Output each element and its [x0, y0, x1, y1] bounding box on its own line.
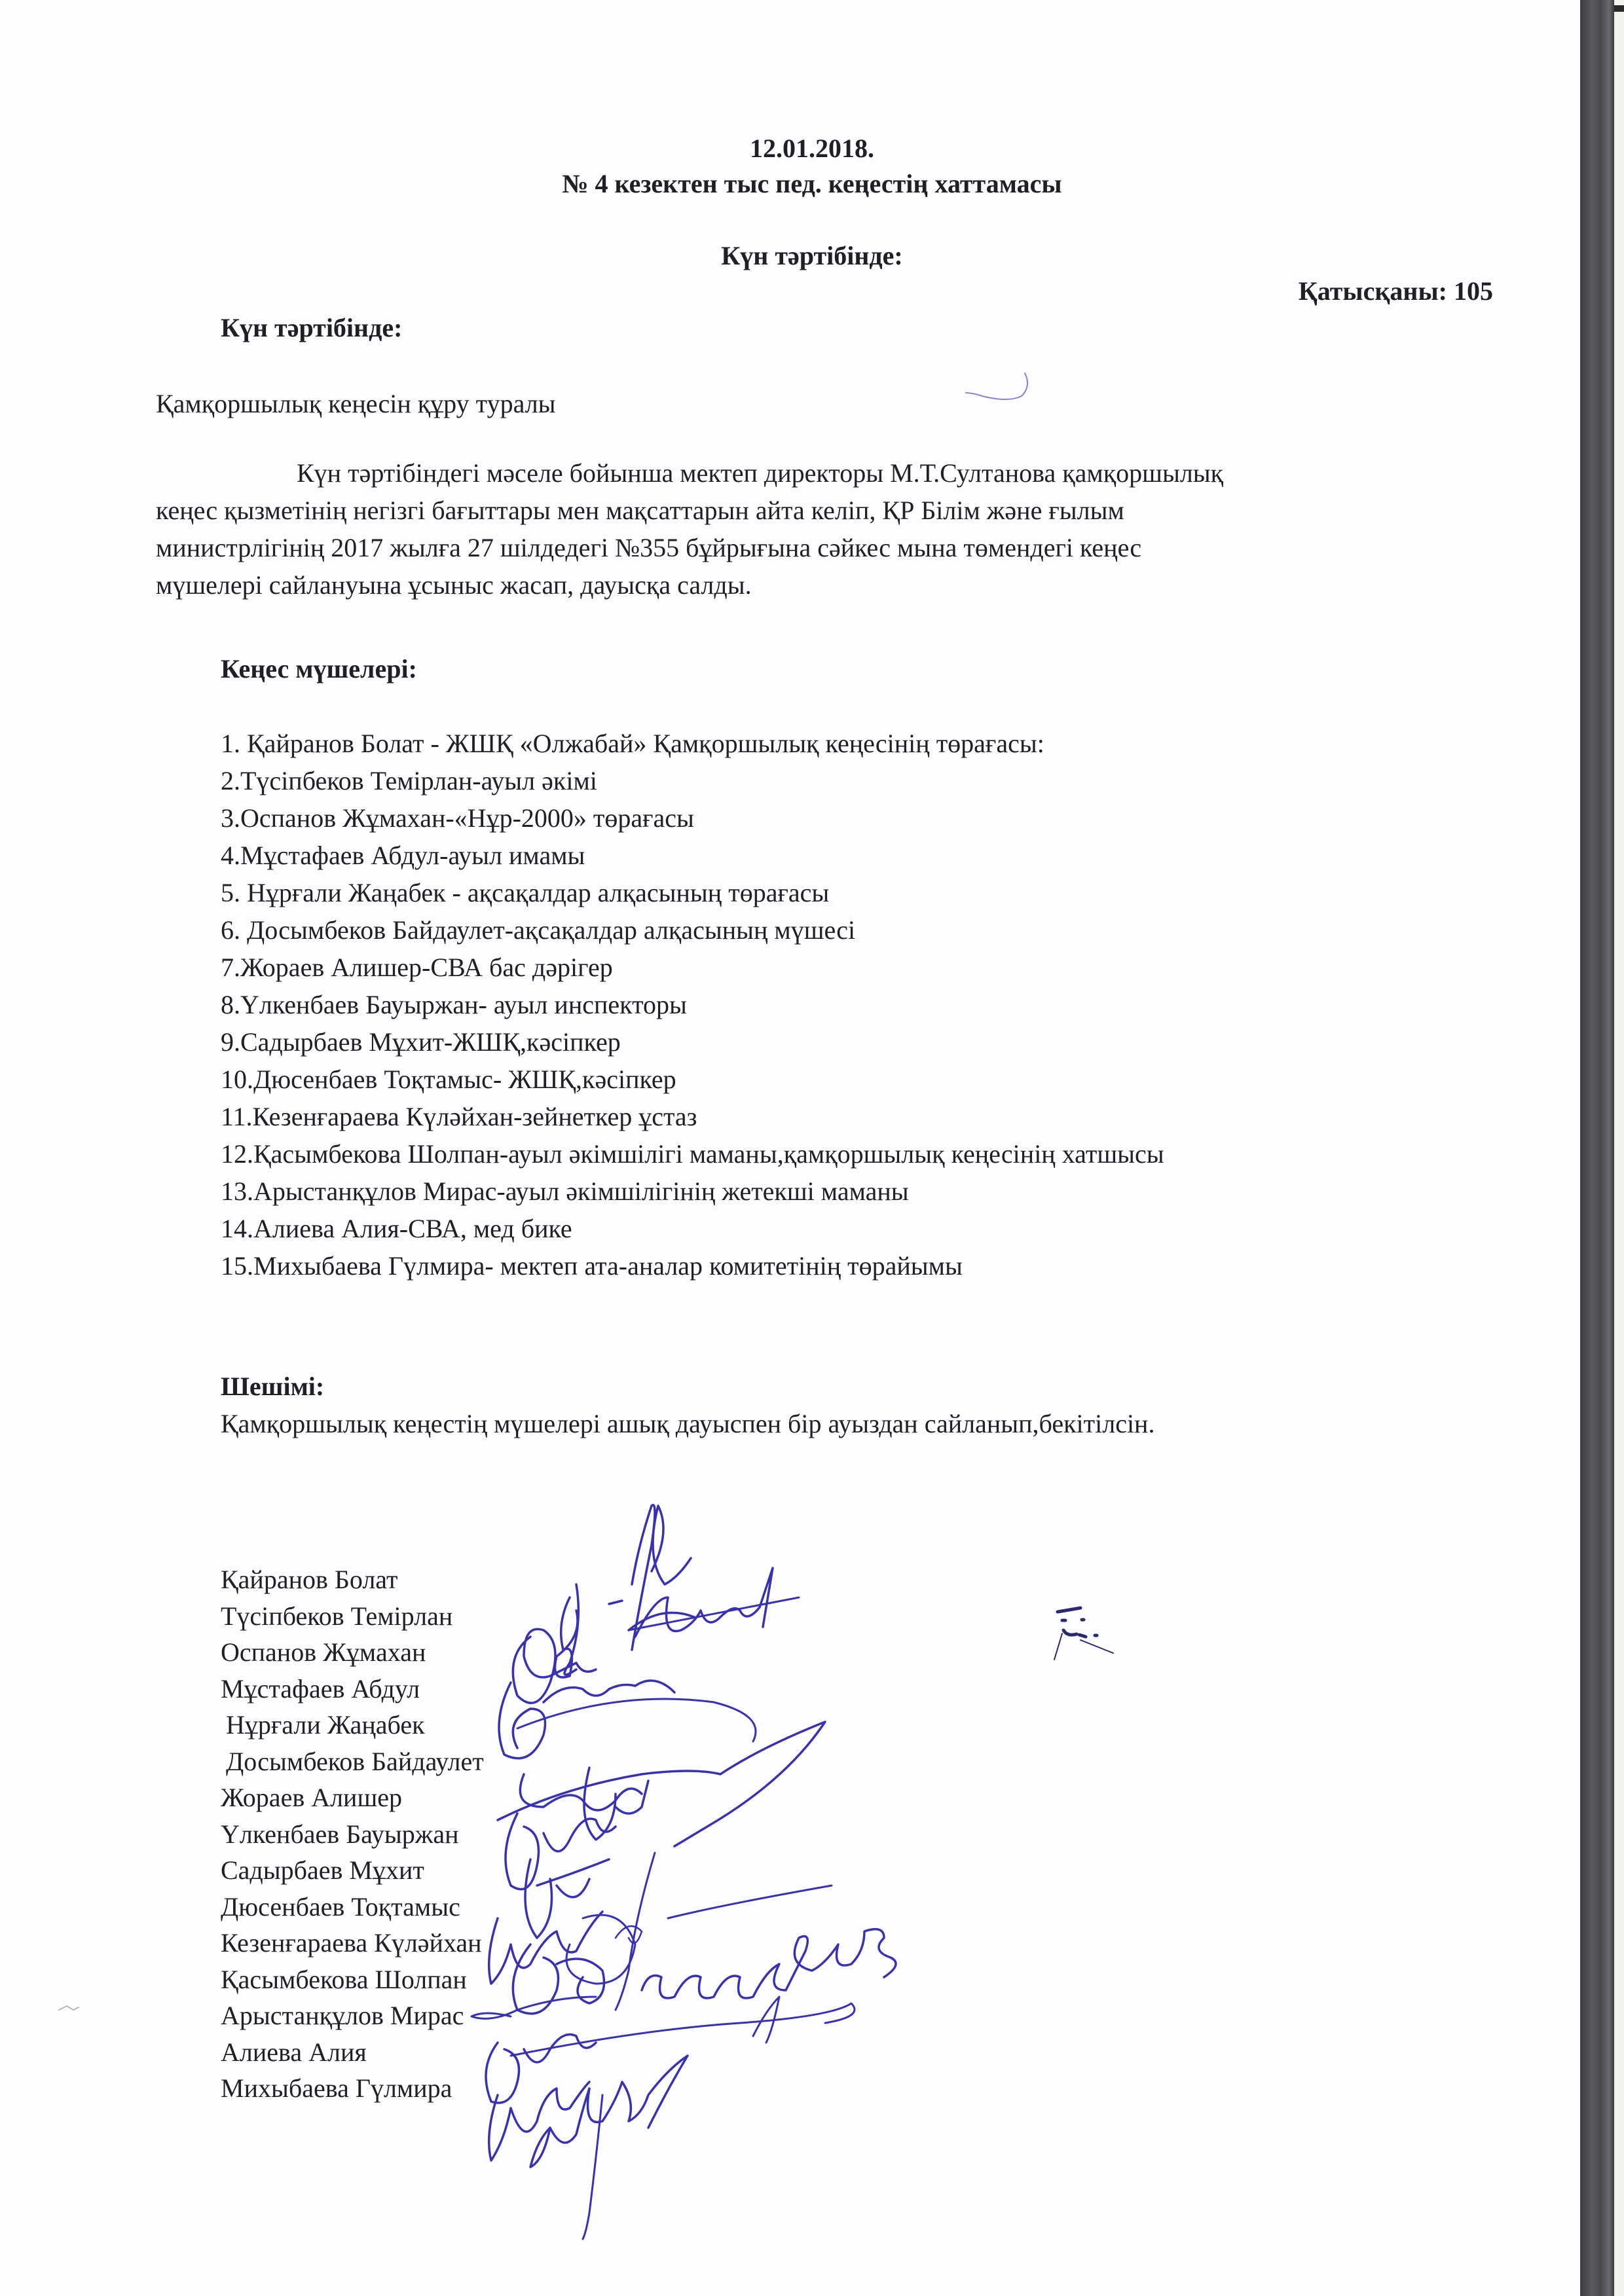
signer-name: Дюсенбаев Тоқтамыс [221, 1889, 484, 1925]
signer-name: Қайранов Болат [221, 1561, 484, 1598]
member-item: 6. Досымбеков Байдаулет-ақсақалдар алқас… [221, 911, 1164, 949]
signer-name: Мұстафаев Абдул [221, 1671, 484, 1707]
member-item: 3.Оспанов Жұмахан-«Нұр-2000» төрағасы [221, 799, 1164, 837]
signer-name: Арыстанқұлов Мирас [221, 1997, 484, 2034]
member-item: 15.Михыбаева Гүлмира- мектеп ата-аналар … [221, 1247, 1164, 1285]
paragraph-line: министрлігінің 2017 жылға 27 шілдедегі №… [156, 529, 1492, 566]
document-title: № 4 кезектен тыс пед. кеңестің хаттамасы [0, 165, 1624, 202]
paragraph-line: мүшелері сайлануына ұсыныс жасап, дауысқ… [156, 566, 1492, 604]
scanned-document-page: 12.01.2018. № 4 кезектен тыс пед. кеңест… [0, 0, 1624, 2296]
scanner-corner-mark [1614, 5, 1624, 12]
member-item: 9.Садырбаев Мұхит-ЖШҚ,кәсіпкер [221, 1023, 1164, 1061]
member-item: 11.Кезенғараева Күләйхан-зейнеткер ұстаз [221, 1098, 1164, 1135]
member-item: 4.Мұстафаев Абдул-ауыл имамы [221, 837, 1164, 874]
signatories-list: Қайранов Болат Түсіпбеков Темірлан Оспан… [221, 1561, 484, 2107]
proceedings-paragraph: Күн тәртібіндегі мәселе бойынша мектеп д… [156, 454, 1492, 604]
scanner-edge-strip [1580, 0, 1614, 2296]
document-date: 12.01.2018. [0, 130, 1624, 167]
signer-name: Түсіпбеков Темірлан [221, 1598, 484, 1635]
signer-name: Кезенғараева Күләйхан [221, 1925, 484, 1961]
signer-name: Оспанов Жұмахан [221, 1634, 484, 1671]
members-heading: Кеңес мүшелері: [221, 650, 417, 687]
scanner-margin [1614, 0, 1624, 2296]
agenda-heading-center: Күн тәртібінде: [0, 237, 1624, 274]
signer-name: Михыбаева Гүлмира [221, 2070, 484, 2107]
member-item: 12.Қасымбекова Шолпан-ауыл әкімшілігі ма… [221, 1135, 1164, 1173]
member-item: 8.Үлкенбаев Бауыржан- ауыл инспекторы [221, 986, 1164, 1023]
member-item: 1. Қайранов Болат - ЖШҚ «Олжабай» Қамқор… [221, 725, 1164, 762]
member-item: 14.Алиева Алия-СВА, мед бике [221, 1210, 1164, 1247]
decision-text: Қамқоршылық кеңестің мүшелері ашық дауыс… [221, 1405, 1154, 1442]
signer-name: Қасымбекова Шолпан [221, 1961, 484, 1998]
signer-name: Алиева Алия [221, 2034, 484, 2071]
paragraph-line: кеңес қызметінің негізгі бағыттары мен м… [156, 492, 1492, 529]
member-item: 13.Арыстанқұлов Мирас-ауыл әкімшілігінің… [221, 1173, 1164, 1210]
signer-name: Нұрғали Жаңабек [221, 1707, 484, 1743]
decision-heading: Шешімі: [221, 1368, 324, 1405]
member-item: 5. Нұрғали Жаңабек - ақсақалдар алқасыны… [221, 874, 1164, 911]
signer-name: Үлкенбаев Бауыржан [221, 1816, 484, 1853]
signer-name: Досымбеков Байдаулет [221, 1743, 484, 1780]
attendance-count: Қатысқаны: 105 [1299, 272, 1493, 310]
agenda-heading: Күн тәртібінде: [221, 309, 402, 346]
agenda-topic: Қамқоршылық кеңесін құру туралы [156, 385, 556, 422]
member-item: 10.Дюсенбаев Тоқтамыс- ЖШҚ,кәсіпкер [221, 1061, 1164, 1098]
signer-name: Жораев Алишер [221, 1779, 484, 1816]
members-list: 1. Қайранов Болат - ЖШҚ «Олжабай» Қамқор… [221, 725, 1164, 1285]
paragraph-line: Күн тәртібіндегі мәселе бойынша мектеп д… [156, 454, 1492, 492]
member-item: 2.Түсіпбеков Темірлан-ауыл әкімі [221, 762, 1164, 799]
signer-name: Садырбаев Мұхит [221, 1852, 484, 1889]
member-item: 7.Жораев Алишер-СВА бас дәрігер [221, 949, 1164, 986]
